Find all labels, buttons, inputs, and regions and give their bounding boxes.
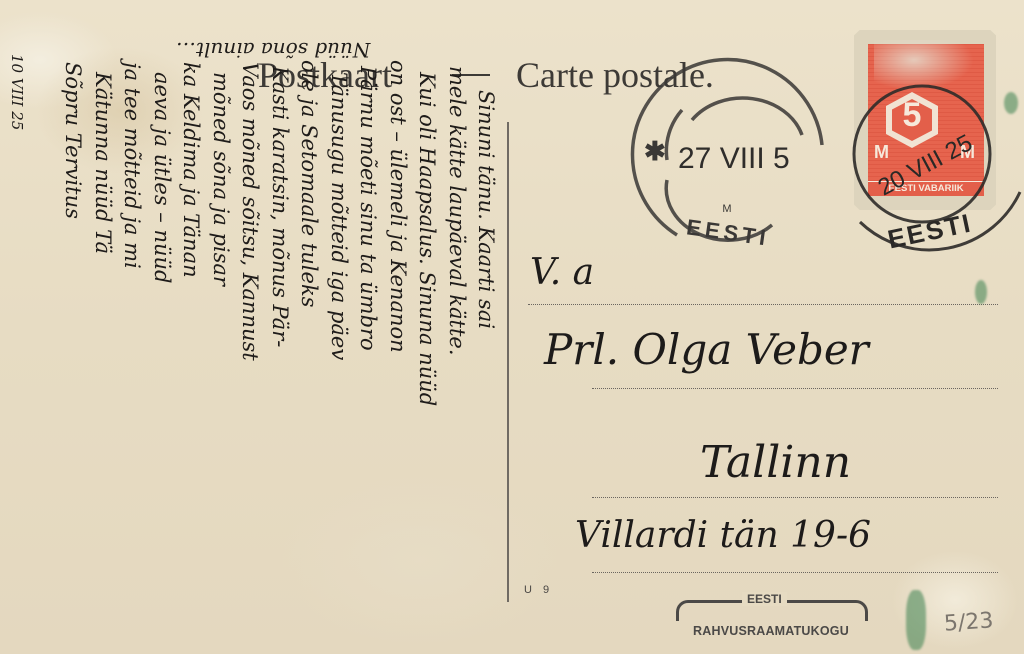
message-top-line: Nüüd sõna ainult… (176, 38, 370, 62)
message-column: Tänusugu mõtteid iga päev (327, 72, 351, 360)
message-column: Vaos mõned sõitsu, Kannust (238, 62, 262, 361)
postmark-left-date: 27 VIII 5 (678, 142, 790, 175)
svg-text:✱: ✱ (644, 136, 666, 166)
message-column: ka Keldima ja Tänan (179, 62, 203, 278)
green-ink-blot (1004, 92, 1018, 114)
address-line-2 (592, 388, 998, 389)
message-address-divider (507, 122, 509, 602)
address-line-3 (592, 497, 998, 498)
catalog-number-note: 5/23 (943, 608, 994, 636)
postmark-right-country: EESTI (885, 207, 975, 254)
message-column: Kui oli Haapsalus. Sinuna nüüd (415, 72, 439, 406)
message-column: aeva ja ütles – nüüd (150, 72, 174, 283)
message-column: Sinuni tänu. Kaarti sai (474, 90, 498, 329)
message-column: mele kätte laupäeval kätte. (445, 66, 469, 356)
library-ownership-stamp: EESTI RAHVUSRAAMATUKOGU (672, 592, 868, 644)
postmark-left-station: M (722, 203, 731, 215)
address-line-4 (592, 572, 998, 573)
message-column: Sõpru Tervitus (61, 62, 85, 219)
message-column: mõned sõna ja pisar (209, 72, 233, 286)
message-column: Kätunna nüüd Tä (91, 72, 115, 254)
address-prefix: V. a (530, 252, 594, 293)
green-ink-blot (906, 590, 926, 650)
message-column: Pärnu mõeti sinu ta ümbro (356, 66, 380, 351)
postmark-left: ✱ 27 VIII 5 M EESTI (622, 50, 832, 260)
message-column: on ost – ülemeli ja Kenanon (386, 60, 410, 353)
library-stamp-name: RAHVUSRAAMATUKOGU (676, 624, 866, 638)
postmark-left-country: EESTI (685, 214, 771, 250)
postmark-right: 20 VIII 25 EESTI (850, 82, 1024, 262)
postmark-right-date: 20 VIII 25 (874, 129, 977, 201)
postcard: Postkaart Carte postale. U 9 V. a Prl. O… (0, 0, 1024, 654)
address-line-1 (528, 304, 998, 305)
library-stamp-top: EESTI (742, 592, 787, 606)
address-street: Villardi tän 19-6 (575, 515, 871, 556)
green-ink-blot (975, 280, 987, 304)
message-column: ja tee mõtteid ja mi (120, 62, 144, 269)
message-column: ole ja Setomaale tuleks (297, 60, 321, 307)
address-city: Tallinn (700, 437, 851, 488)
message-date-note: 10 VIII 25 (8, 54, 26, 130)
address-recipient-name: Prl. Olga Veber (544, 325, 869, 374)
printer-mark: U 9 (524, 584, 553, 596)
message-column: Kasti karatsin, mõnus Pär- (268, 66, 292, 347)
